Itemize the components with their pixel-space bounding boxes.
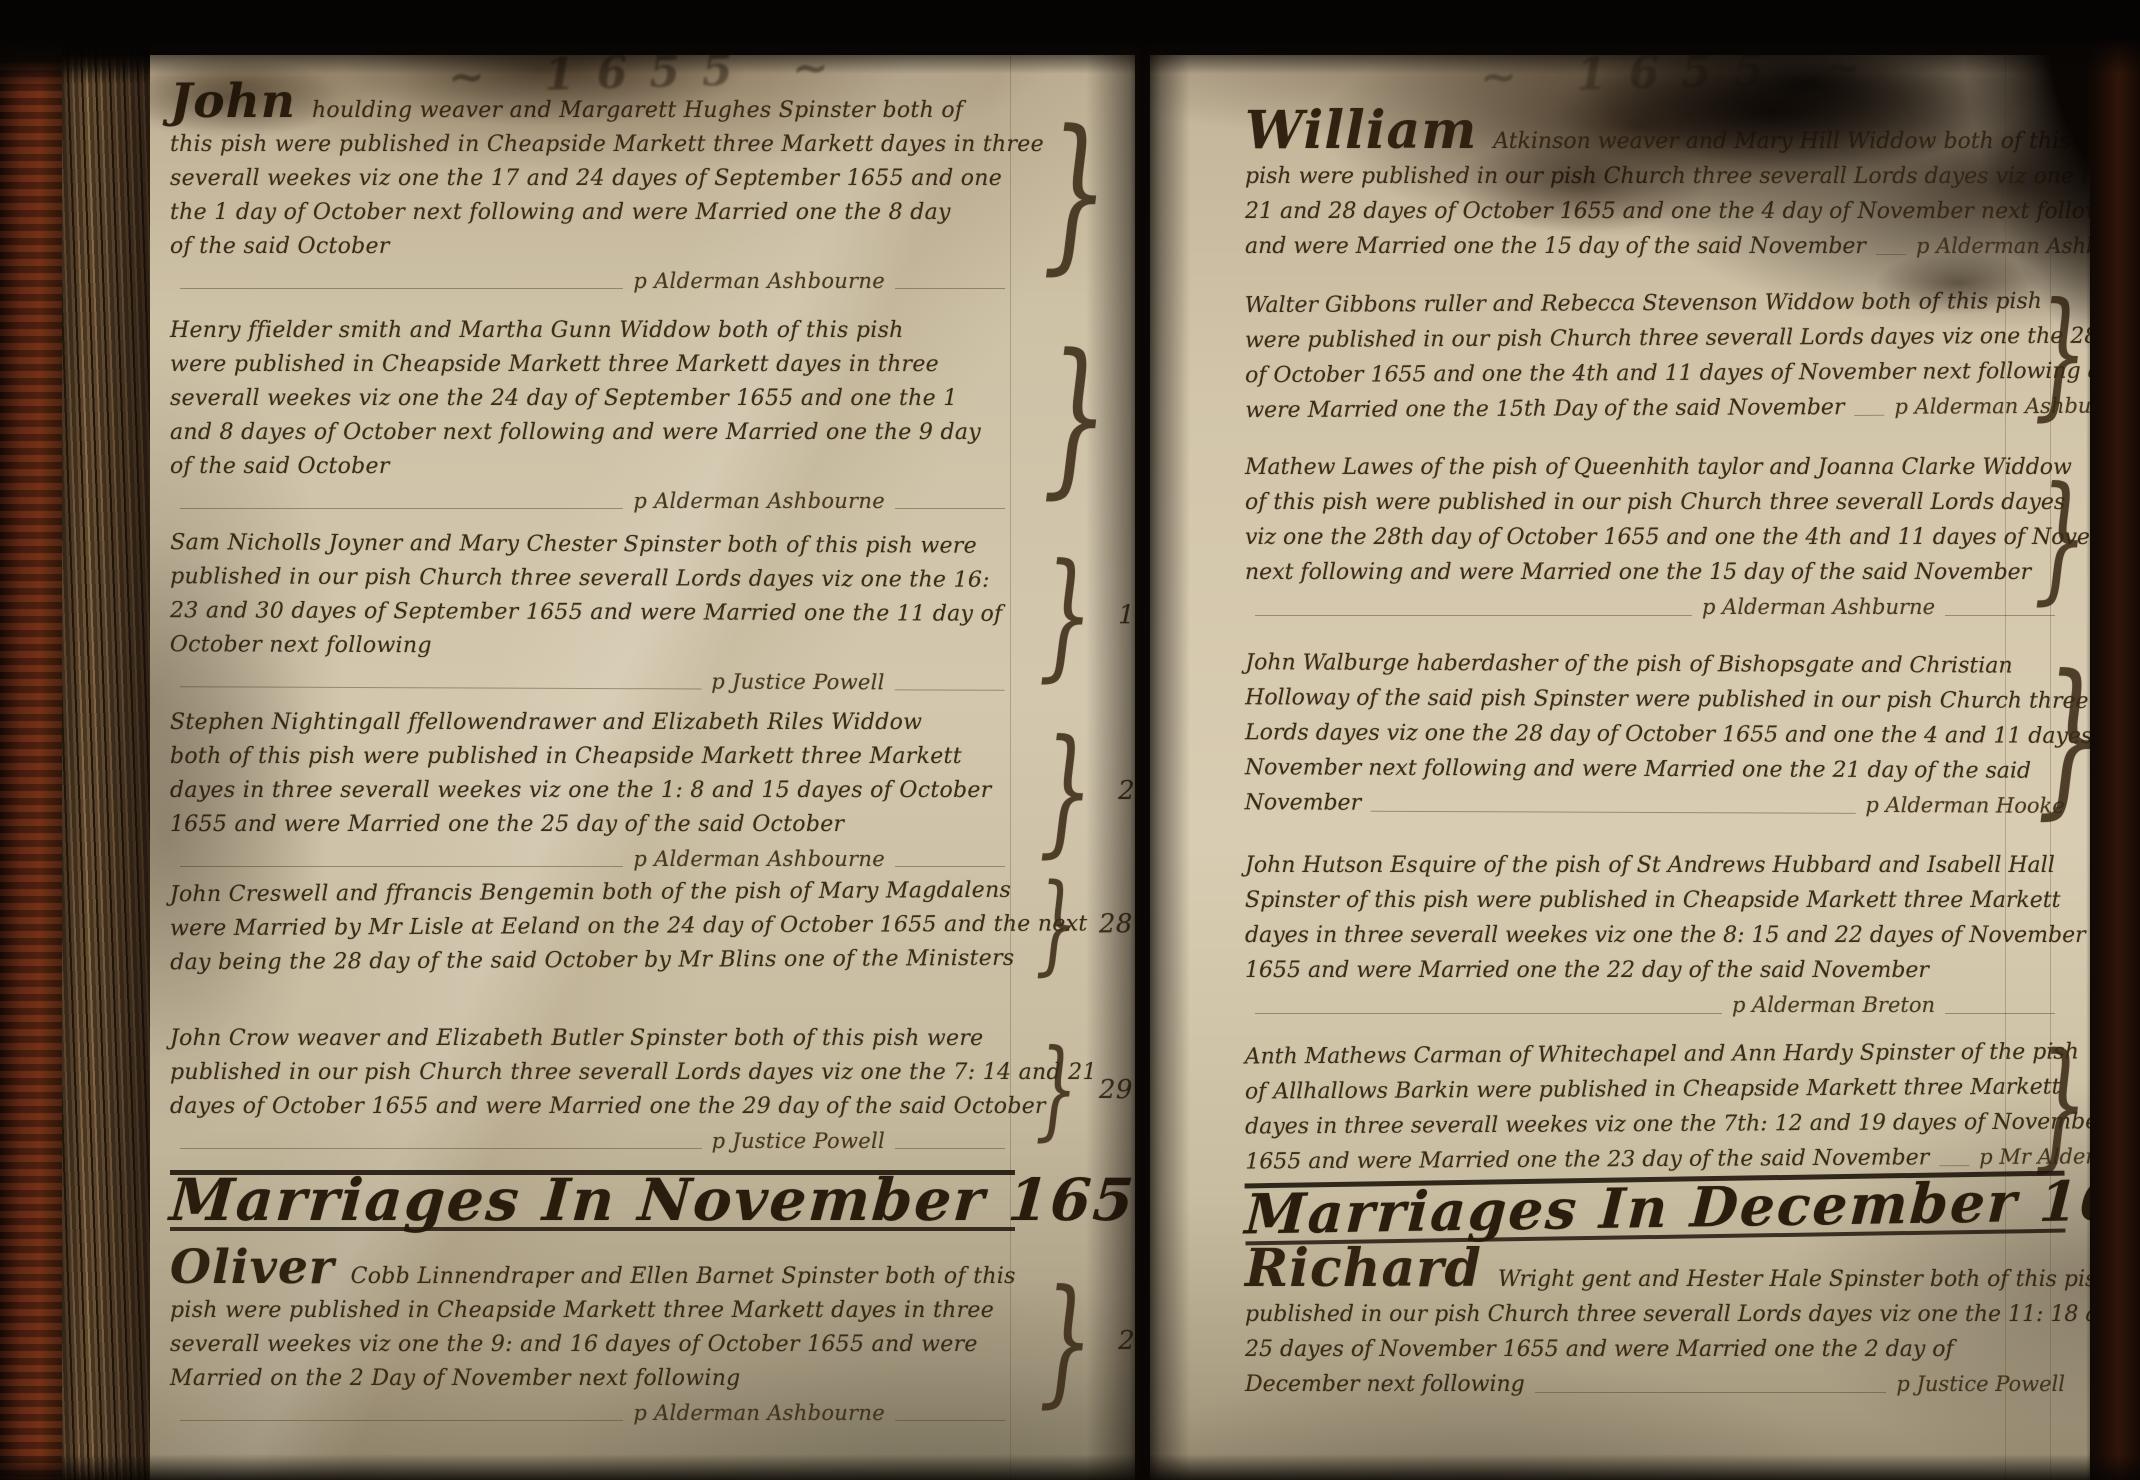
officiant-signature: p Justice Powell: [711, 665, 885, 700]
book-cover-right: [2086, 0, 2140, 1480]
left-page: 1655 Johnhoulding weaver and Margarett H…: [148, 55, 1135, 1480]
rule-dash: [180, 1147, 702, 1149]
entry-line: severall weekes viz one the 17 and 24 da…: [170, 162, 1015, 196]
entry-line: the 1 day of October next following and …: [170, 196, 1015, 230]
entry-line: WilliamAtkinson weaver and Mary Hill Wid…: [1245, 113, 2065, 159]
entry-line: of this pish were published in our pish …: [1245, 485, 2065, 520]
entry-initial-name: Richard: [1245, 1238, 1482, 1299]
entry-line: John Hutson Esquire of the pish of St An…: [1245, 848, 2065, 883]
entry-line: Married on the 2 Day of November next fo…: [170, 1362, 1015, 1396]
month-heading-november: Marriages In November 1655: [170, 1170, 1015, 1231]
rule-dash: [895, 688, 1005, 690]
signature-row: p Alderman Ashbourne: [170, 484, 1015, 518]
entry-line: Anth Mathews Carman of Whitechapel and A…: [1245, 1034, 2065, 1074]
entry-initial-name: John: [170, 74, 296, 129]
entry-line: published in our pish Church three sever…: [170, 560, 1015, 598]
entry-line: November next following and were Married…: [1245, 750, 2065, 789]
right-page: 1655 WilliamAtkinson weaver and Mary Hil…: [1150, 55, 2090, 1480]
rule-dash: [180, 507, 623, 509]
november-entries: OliverCobb Linnendraper and Ellen Barnet…: [170, 1251, 1015, 1430]
brace-glyph: }: [1035, 1036, 1078, 1144]
page-edges-stack: [60, 0, 150, 1480]
entry-line: published in our pish Church three sever…: [170, 1056, 1015, 1090]
entry-line: 25 dayes of November 1655 and were Marri…: [1245, 1332, 2065, 1367]
officiant-signature: p Alderman Ashbourne: [633, 264, 885, 298]
rule-dash: [895, 1147, 1005, 1149]
book-gutter-shadow: [1086, 0, 1190, 1480]
rule-dash: [895, 507, 1005, 509]
rule-dash: [1255, 1012, 1722, 1014]
signature-row: p Justice Powell: [170, 1124, 1015, 1158]
officiant-signature: p Alderman Ashbourne: [633, 484, 885, 518]
month-heading-text: Marriages In December 1655: [1244, 1184, 2066, 1232]
entry-line: pish were published in Cheapside Markett…: [170, 1294, 1015, 1328]
entry-line: Sam Nicholls Joyner and Mary Chester Spi…: [170, 526, 1015, 564]
rule-dash: [1945, 1012, 2055, 1014]
rule-dash: [180, 287, 623, 289]
bottom-shadow: [0, 1454, 2140, 1480]
register-entry: Henry ffielder smith and Martha Gunn Wid…: [170, 314, 1015, 518]
month-heading-december: Marriages In December 1655: [1245, 1171, 2066, 1246]
entry-line: Henry ffielder smith and Martha Gunn Wid…: [170, 314, 1015, 348]
signature-row: p Alderman Breton: [1245, 988, 2065, 1023]
brace-glyph: }: [2034, 469, 2088, 607]
left-page-text-column: Johnhoulding weaver and Margarett Hughes…: [148, 55, 1015, 1430]
rule-dash: [1371, 810, 1855, 814]
entry-line: John Walburge haberdasher of the pish of…: [1245, 645, 2065, 684]
rule-dash: [895, 287, 1005, 289]
register-entry: Mathew Lawes of the pish of Queenhith ta…: [1245, 450, 2065, 625]
top-shadow: [0, 0, 2140, 74]
register-entry: John Creswell and ffrancis Bengemin both…: [170, 874, 1016, 980]
register-entry: OliverCobb Linnendraper and Ellen Barnet…: [170, 1251, 1015, 1430]
entry-line: Johnhoulding weaver and Margarett Hughes…: [170, 85, 1015, 128]
entry-line: Stephen Nightingall ffellowendrawer and …: [170, 706, 1015, 740]
register-entry: RichardWright gent and Hester Hale Spins…: [1245, 1251, 2065, 1402]
register-entry: Johnhoulding weaver and Margarett Hughes…: [170, 85, 1015, 298]
rule-dash: [1255, 614, 1692, 616]
december-entries: RichardWright gent and Hester Hale Spins…: [1245, 1251, 2065, 1402]
officiant-signature: p Justice Powell: [712, 1124, 885, 1158]
entry-line: 1655 and were Married one the 25 day of …: [170, 808, 1015, 842]
rule-dash: [1854, 414, 1884, 416]
entry-line: published in our pish Church three sever…: [1245, 1297, 2065, 1332]
entry-line: dayes of October 1655 and were Married o…: [170, 1090, 1015, 1124]
brace-glyph: }: [2037, 652, 2090, 820]
entry-line: dayes in three severall weekes viz one t…: [170, 774, 1015, 808]
october-entries: Johnhoulding weaver and Margarett Hughes…: [170, 85, 1015, 1158]
officiant-signature: p Alderman Breton: [1732, 988, 1935, 1023]
november-entries: WilliamAtkinson weaver and Mary Hill Wid…: [1245, 113, 2065, 1177]
month-heading-text: Marriages In November 1655: [169, 1183, 1016, 1217]
rule-dash: [180, 685, 702, 689]
entry-line: were Married one the 15th Day of the sai…: [1245, 389, 2065, 428]
rule-dash: [895, 1419, 1005, 1421]
signature-row: p Alderman Ashbourne: [170, 264, 1015, 298]
entry-line: day being the 28 day of the said October…: [170, 942, 1015, 980]
register-entry: WilliamAtkinson weaver and Mary Hill Wid…: [1245, 113, 2065, 264]
entry-line: next following and were Married one the …: [1245, 555, 2065, 590]
rule-dash: [180, 1419, 623, 1421]
signature-row: p Alderman Ashbourne: [170, 1396, 1015, 1430]
register-entry: Anth Mathews Carman of Whitechapel and A…: [1245, 1034, 2066, 1179]
officiant-signature: p Alderman Ashbourne: [633, 1396, 885, 1430]
signature-row: p Justice Powell: [170, 662, 1015, 700]
entry-line: Mathew Lawes of the pish of Queenhith ta…: [1245, 450, 2065, 485]
entry-line: Spinster of this pish were published in …: [1245, 883, 2065, 918]
officiant-signature: p Alderman Ashbourne: [633, 842, 885, 876]
entry-line: RichardWright gent and Hester Hale Spins…: [1245, 1251, 2065, 1297]
officiant-signature: p Alderman Ashburne: [1702, 590, 1935, 625]
entry-line: severall weekes viz one the 24 day of Se…: [170, 382, 1015, 416]
register-entry: John Hutson Esquire of the pish of St An…: [1245, 848, 2065, 1023]
entry-line: severall weekes viz one the 9: and 16 da…: [170, 1328, 1015, 1362]
entry-line: 1655 and were Married one the 22 day of …: [1245, 953, 2065, 988]
register-entry: John Crow weaver and Elizabeth Butler Sp…: [170, 1022, 1015, 1158]
signature-row: p Alderman Ashburne: [1245, 590, 2065, 625]
entry-line: viz one the 28th day of October 1655 and…: [1245, 520, 2065, 555]
entry-line: December next followingp Justice Powell: [1245, 1367, 2065, 1402]
entry-line: pish were published in our pish Church t…: [1245, 159, 2065, 194]
entry-line: October next following: [170, 628, 1015, 666]
entry-line: 23 and 30 dayes of September 1655 and we…: [170, 594, 1015, 632]
rule-dash: [1876, 253, 1906, 255]
entry-line: Lords dayes viz one the 28 day of Octobe…: [1245, 715, 2065, 754]
entry-line: both of this pish were published in Chea…: [170, 740, 1015, 774]
entry-line: Walter Gibbons ruller and Rebecca Steven…: [1245, 284, 2065, 323]
brace-glyph: }: [2033, 1035, 2088, 1173]
entry-line: OliverCobb Linnendraper and Ellen Barnet…: [170, 1251, 1015, 1294]
entry-line: 21 and 28 dayes of October 1655 and one …: [1245, 194, 2065, 229]
entry-line: and 8 dayes of October next following an…: [170, 416, 1015, 450]
entry-line: and were Married one the 15 day of the s…: [1245, 229, 2065, 264]
rule-dash: [1939, 1164, 1969, 1166]
entry-line: were Married by Mr Lisle at Eeland on th…: [170, 908, 1015, 946]
register-entry: Walter Gibbons ruller and Rebecca Steven…: [1245, 284, 2066, 428]
entry-line: were published in our pish Church three …: [1245, 319, 2065, 358]
entry-line: of the said October: [170, 230, 1015, 264]
entry-line: of October 1655 and one the 4th and 11 d…: [1245, 354, 2065, 393]
entry-line: Holloway of the said pish Spinster were …: [1245, 680, 2065, 719]
entry-line: dayes in three severall weekes viz one t…: [1245, 1104, 2065, 1144]
signature-row: p Alderman Ashbourne: [170, 842, 1015, 876]
book-cover-left: [0, 0, 62, 1480]
margin-brace: }: [2017, 450, 2090, 625]
entry-line: John Creswell and ffrancis Bengemin both…: [170, 874, 1015, 912]
right-page-text-column: WilliamAtkinson weaver and Mary Hill Wid…: [1150, 55, 2065, 1402]
rule-dash: [1535, 1391, 1887, 1393]
entry-line: of Allhallows Barkin were published in C…: [1245, 1069, 2065, 1109]
entry-line: Novemberp Alderman Hooke: [1245, 785, 2065, 824]
register-entry: John Walburge haberdasher of the pish of…: [1245, 645, 2066, 824]
brace-glyph: }: [1035, 870, 1078, 978]
rule-dash: [895, 865, 1005, 867]
rule-dash: [180, 865, 623, 867]
register-entry: Stephen Nightingall ffellowendrawer and …: [170, 706, 1015, 876]
entry-line: this pish were published in Cheapside Ma…: [170, 128, 1015, 162]
margin-brace: }: [2017, 1034, 2090, 1175]
officiant-signature: p Justice Powell: [1896, 1367, 2065, 1402]
entry-line: of the said October: [170, 450, 1015, 484]
entry-line: were published in Cheapside Markett thre…: [170, 348, 1015, 382]
register-book-photo: 1655 Johnhoulding weaver and Margarett H…: [0, 0, 2140, 1480]
entry-initial-name: William: [1245, 100, 1477, 161]
entry-initial-name: Oliver: [170, 1240, 335, 1295]
entry-line: John Crow weaver and Elizabeth Butler Sp…: [170, 1022, 1015, 1056]
register-entry: Sam Nicholls Joyner and Mary Chester Spi…: [170, 526, 1016, 700]
entry-line: dayes in three severall weekes viz one t…: [1245, 918, 2065, 953]
margin-brace: }: [2017, 649, 2090, 824]
